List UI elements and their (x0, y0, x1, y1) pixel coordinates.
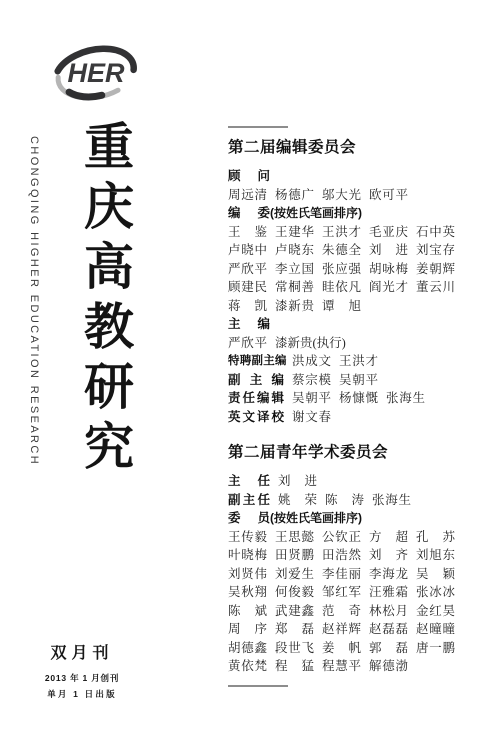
member-name: 卢晓中 (228, 241, 267, 260)
editorial-committee-title: 第二届编辑委员会 (228, 136, 478, 160)
member-name: 王洪才 (322, 223, 361, 242)
group-label: 副主任 (228, 491, 270, 510)
member-name-row: 周远清杨德广邬大光欧可平 (228, 186, 478, 205)
publication-info: 双月刊 2013 年 1 月创刊 单月 1 日出版 (18, 640, 146, 700)
member-name: 阎光才 (369, 278, 408, 297)
member-name: 王鉴 (228, 223, 267, 242)
frequency-label: 双月刊 (18, 640, 146, 663)
member-name: 周远清 (228, 186, 267, 205)
journal-title-english-vertical: CHONGQING HIGHER EDUCATION RESEARCH (28, 136, 40, 496)
member-name: 毛亚庆 (369, 223, 408, 242)
journal-inside-cover-page: HER CHONGQING HIGHER EDUCATION RESEARCH … (0, 0, 500, 735)
member-name: 周序 (228, 620, 267, 639)
member-name: 张海生 (372, 491, 411, 510)
member-name: 王洪才 (339, 352, 378, 371)
member-name: 谢文春 (292, 408, 331, 427)
her-logo-graphic: HER (46, 28, 146, 116)
member-name: 范奇 (322, 602, 361, 621)
member-name: 赵磊磊 (369, 620, 408, 639)
member-name: 王建华 (275, 223, 314, 242)
member-name: 刘进 (278, 472, 317, 491)
editorial-committee-groups: 顾问周远清杨德广邬大光欧可平编委(按姓氏笔画排序)王鉴王建华王洪才毛亚庆石中英卢… (228, 167, 478, 426)
member-name: 眭依凡 (322, 278, 361, 297)
group-label-row: 顾问 (228, 167, 478, 186)
member-name-row: 周序郑磊赵祥辉赵磊磊赵曈曈 (228, 620, 478, 639)
committees-column: 第二届编辑委员会 顾问周远清杨德广邬大光欧可平编委(按姓氏笔画排序)王鉴王建华王… (228, 118, 478, 687)
group-label-row: 委员(按姓氏笔画排序) (228, 509, 478, 528)
group-label: 副主编 (228, 371, 284, 390)
member-name: 欧可平 (369, 186, 408, 205)
group-label-note: (按姓氏笔画排序) (270, 511, 362, 525)
member-name: 吴朝平 (339, 371, 378, 390)
youth-committee-title: 第二届青年学术委员会 (228, 441, 478, 465)
group-label: 英文译校 (228, 408, 284, 427)
group-label: 顾问 (228, 167, 270, 186)
member-name: 汪雅霜 (369, 583, 408, 602)
member-name: 张应强 (322, 260, 361, 279)
group-label: 主任 (228, 472, 270, 491)
member-name: 漆新贵 (275, 297, 314, 316)
member-name: 谭旭 (322, 297, 361, 316)
member-name: 李立国 (275, 260, 314, 279)
member-name-row: 叶晓梅田贤鹏田浩然刘齐刘旭东 (228, 546, 478, 565)
publish-date: 单月 1 日出版 (18, 688, 146, 700)
member-name: 邹红军 (322, 583, 361, 602)
member-name: 杨德广 (275, 186, 314, 205)
member-name: 严欣平 (228, 334, 267, 353)
member-name: 金红昊 (416, 602, 455, 621)
member-name: 董云川 (416, 278, 455, 297)
bottom-divider-rule (228, 685, 288, 687)
member-name-row: 胡德鑫段世飞姜帆郭磊唐一鹏 (228, 639, 478, 658)
member-name: 刘齐 (369, 546, 408, 565)
member-name: 姜朝辉 (416, 260, 455, 279)
member-name: 卢晓东 (275, 241, 314, 260)
member-name: 赵祥辉 (322, 620, 361, 639)
member-name: 石中英 (416, 223, 455, 242)
member-name: 李海龙 (369, 565, 408, 584)
group-label: 责任编辑 (228, 389, 284, 408)
member-name-row: 吴秋翔何俊毅邹红军汪雅霜张冰冰 (228, 583, 478, 602)
member-name: 李佳丽 (322, 565, 361, 584)
top-divider-rule (228, 126, 288, 128)
member-name: 常桐善 (275, 278, 314, 297)
member-name: 胡德鑫 (228, 639, 267, 658)
founded-date: 2013 年 1 月创刊 (18, 672, 146, 684)
group-label: 主编 (228, 315, 270, 334)
inline-group-row: 副主编蔡宗模吴朝平 (228, 371, 478, 390)
member-name: 姜帆 (322, 639, 361, 658)
group-label: 委员 (228, 509, 270, 528)
group-label-row: 主编 (228, 315, 478, 334)
member-name: 王传毅 (228, 528, 267, 547)
group-label: 编委 (228, 204, 270, 223)
member-name: 武建鑫 (275, 602, 314, 621)
member-name: 田浩然 (322, 546, 361, 565)
member-name: 方超 (369, 528, 408, 547)
member-name: 吴朝平 (292, 389, 331, 408)
member-name: 程猛 (275, 657, 314, 676)
member-name: 田贤鹏 (275, 546, 314, 565)
inline-group-row: 英文译校谢文春 (228, 408, 478, 427)
member-name-row: 刘贤伟刘爱生李佳丽李海龙吴颖 (228, 565, 478, 584)
inline-group-row: 责任编辑吴朝平杨慷慨张海生 (228, 389, 478, 408)
member-name: 蔡宗模 (292, 371, 331, 390)
member-name: 王思懿 (275, 528, 314, 547)
member-name: 胡咏梅 (369, 260, 408, 279)
member-name: 陈斌 (228, 602, 267, 621)
member-name: 吴颖 (416, 565, 455, 584)
inline-group-row: 副主任姚荣陈涛张海生 (228, 491, 478, 510)
member-name-row: 严欣平李立国张应强胡咏梅姜朝辉 (228, 260, 478, 279)
member-name: 严欣平 (228, 260, 267, 279)
member-name: 郭磊 (369, 639, 408, 658)
member-name: 郑磊 (275, 620, 314, 639)
member-name: 张海生 (386, 389, 425, 408)
member-name: 程慧平 (322, 657, 361, 676)
member-name: 唐一鹏 (416, 639, 455, 658)
member-name: 刘爱生 (275, 565, 314, 584)
journal-title-calligraphy: 重庆高教研究 (70, 110, 140, 490)
member-name: 孔苏 (416, 528, 455, 547)
member-name-row: 陈斌武建鑫范奇林松月金红昊 (228, 602, 478, 621)
member-name: 段世飞 (275, 639, 314, 658)
journal-logo: HER (46, 28, 146, 116)
member-name: 林松月 (369, 602, 408, 621)
member-name: 邬大光 (322, 186, 361, 205)
member-name: 洪成文 (292, 352, 331, 371)
member-name: 刘进 (369, 241, 408, 260)
inline-group-row: 特聘副主编洪成文王洪才 (228, 352, 478, 371)
member-name: 吴秋翔 (228, 583, 267, 602)
inline-group-row: 主任刘进 (228, 472, 478, 491)
member-name: 解德渤 (369, 657, 408, 676)
member-name-row: 王传毅王思懿公钦正方超孔苏 (228, 528, 478, 547)
member-name-row: 卢晓中卢晓东朱德全刘进刘宝存 (228, 241, 478, 260)
member-name: 朱德全 (322, 241, 361, 260)
member-name: 陈涛 (325, 491, 364, 510)
member-name: 叶晓梅 (228, 546, 267, 565)
youth-committee-groups: 主任刘进副主任姚荣陈涛张海生委员(按姓氏笔画排序)王传毅王思懿公钦正方超孔苏叶晓… (228, 472, 478, 676)
member-name: 张冰冰 (416, 583, 455, 602)
member-name: 黄依梵 (228, 657, 267, 676)
member-name-row: 王鉴王建华王洪才毛亚庆石中英 (228, 223, 478, 242)
member-name-row: 顾建民常桐善眭依凡阎光才董云川 (228, 278, 478, 297)
member-name-row: 蒋凯漆新贵谭旭 (228, 297, 478, 316)
member-name: 顾建民 (228, 278, 267, 297)
member-name: 赵曈曈 (416, 620, 455, 639)
logo-text: HER (67, 58, 125, 88)
member-name: 何俊毅 (275, 583, 314, 602)
member-name: 姚荣 (278, 491, 317, 510)
group-label: 特聘副主编 (228, 352, 286, 371)
member-name: 公钦正 (322, 528, 361, 547)
group-label-note: (按姓氏笔画排序) (270, 206, 362, 220)
group-label-row: 编委(按姓氏笔画排序) (228, 204, 478, 223)
member-name-row: 黄依梵程猛程慧平解德渤 (228, 657, 478, 676)
member-name: 刘贤伟 (228, 565, 267, 584)
member-name-row: 严欣平漆新贵(执行) (228, 334, 478, 353)
member-name: 漆新贵(执行) (275, 334, 346, 353)
member-name: 杨慷慨 (339, 389, 378, 408)
member-name: 刘宝存 (416, 241, 455, 260)
member-name: 蒋凯 (228, 297, 267, 316)
member-name: 刘旭东 (416, 546, 455, 565)
